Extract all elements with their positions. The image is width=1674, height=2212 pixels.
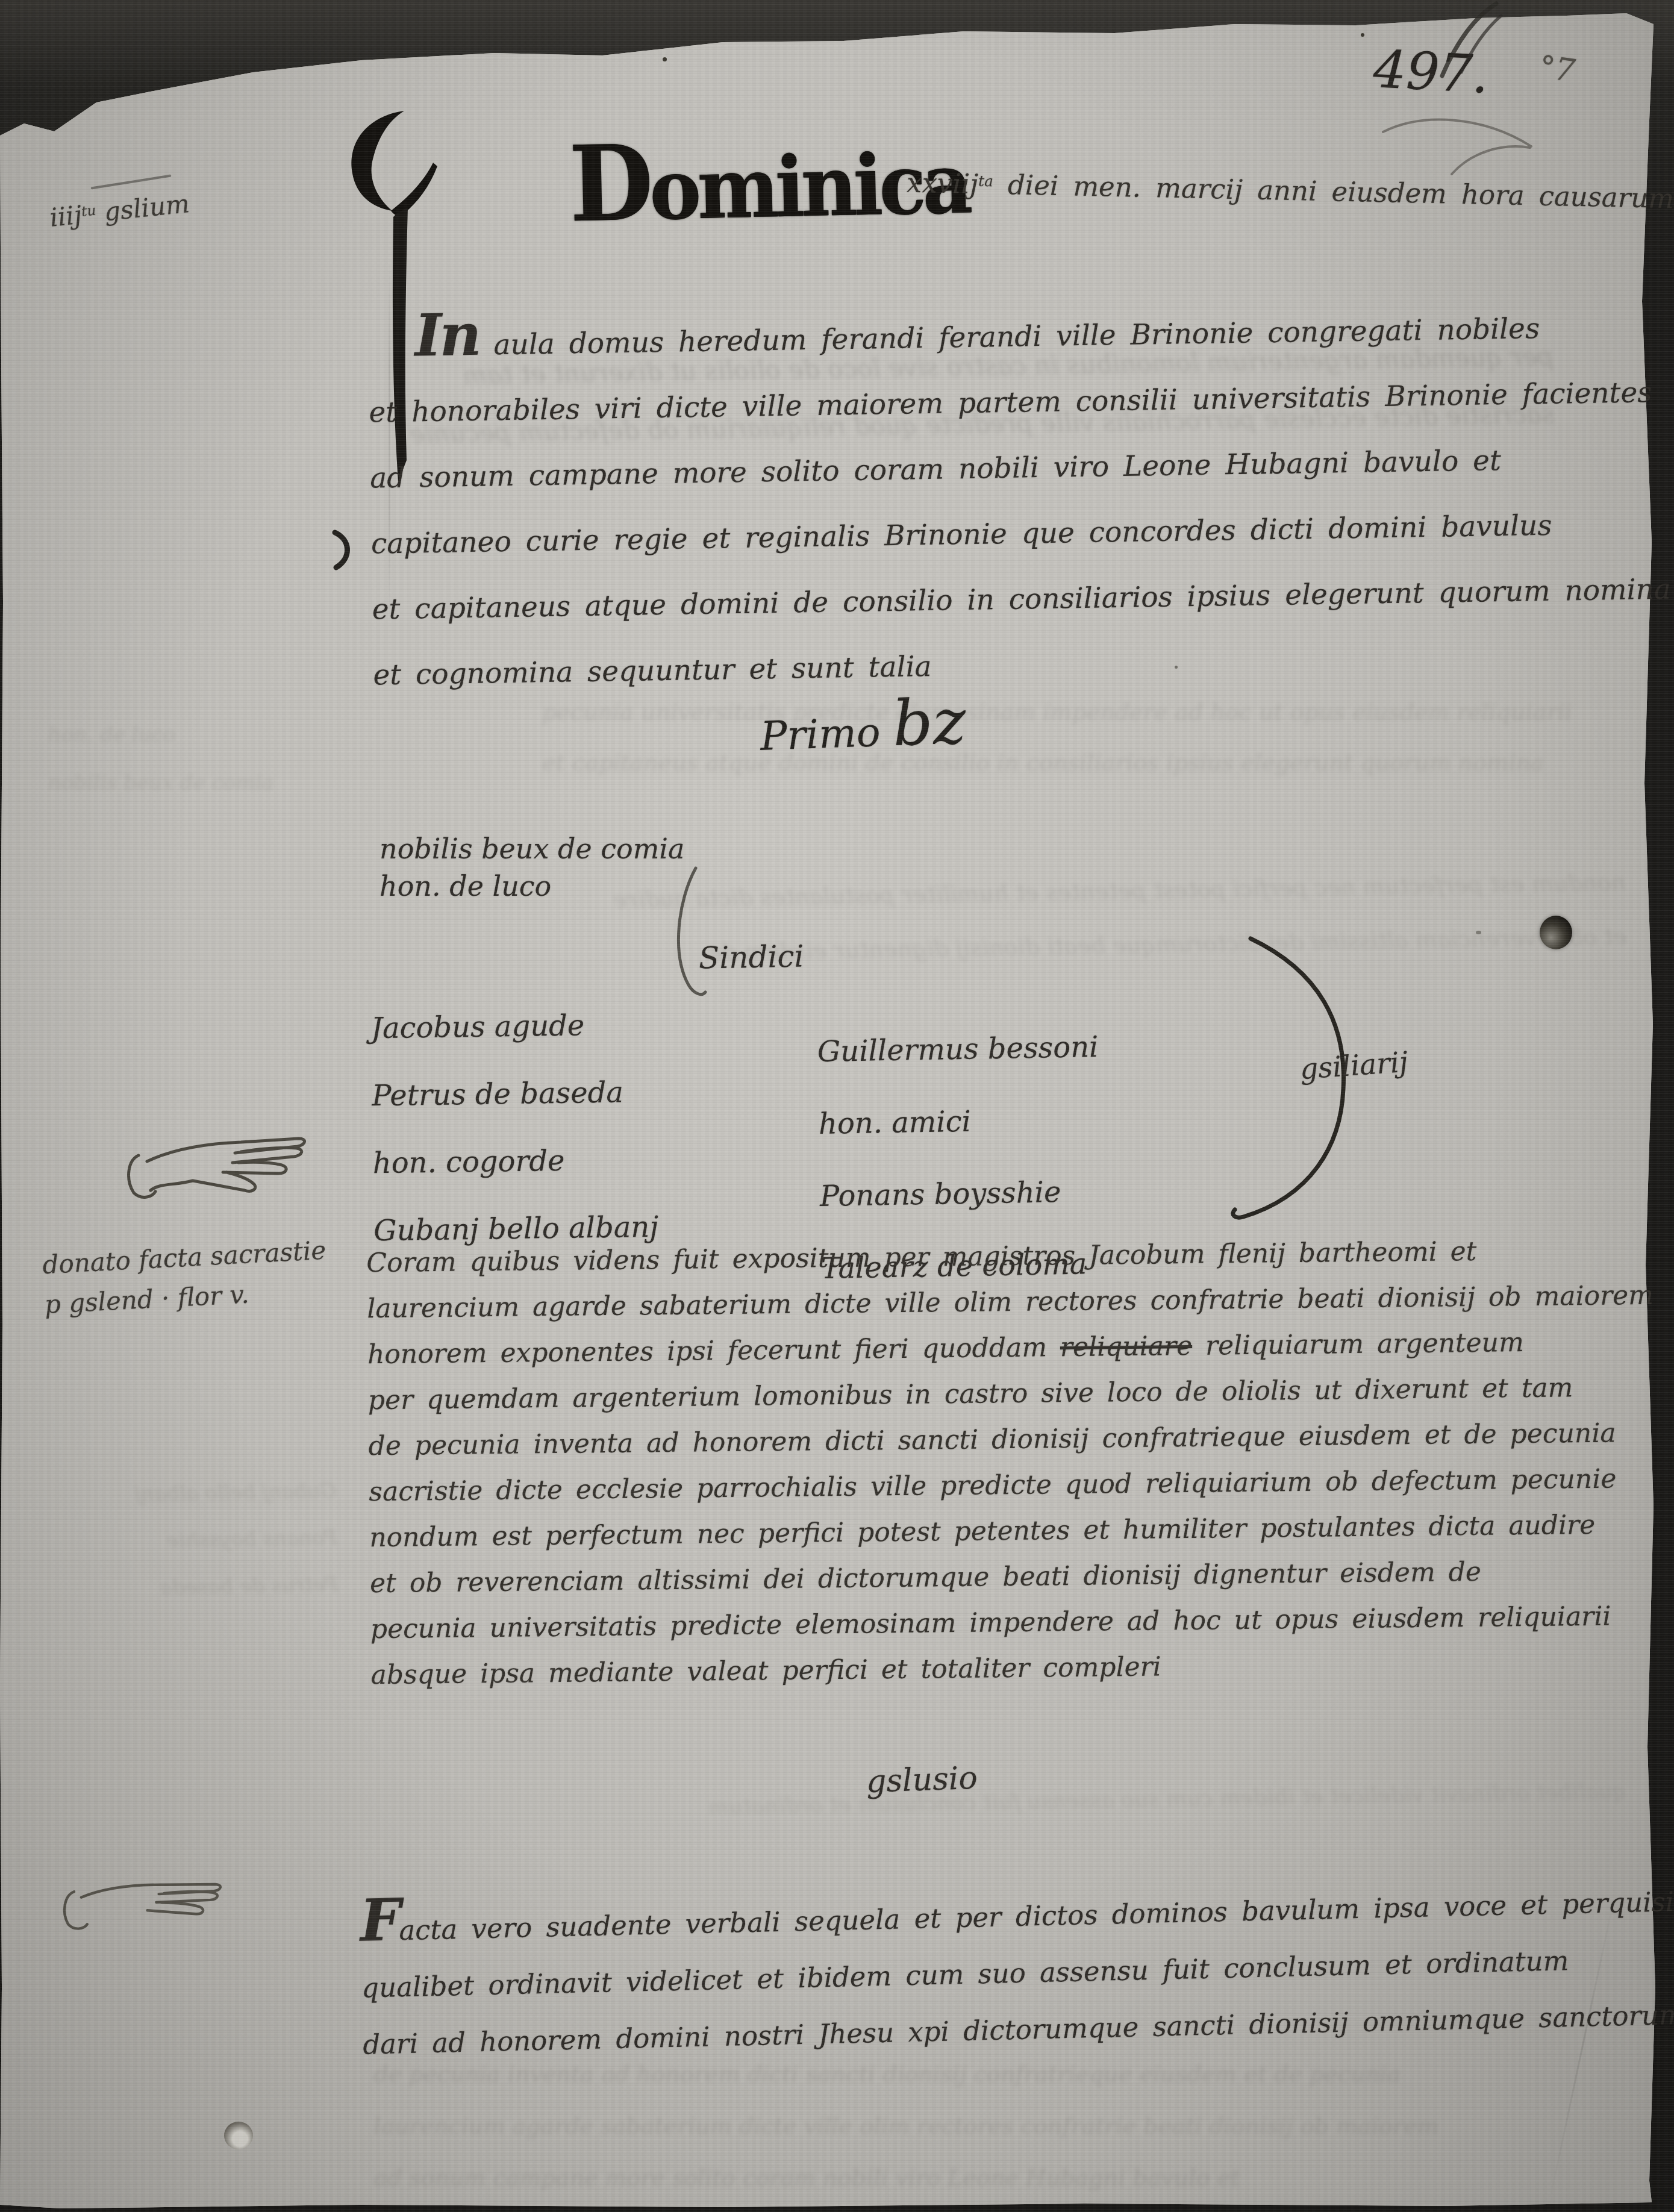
ink-speck bbox=[1175, 666, 1178, 669]
paragraph-3: Facta vero suadente verbali sequela et p… bbox=[360, 1873, 1673, 2073]
sindici-label: Sindici bbox=[699, 939, 804, 975]
folio-corner-mark: °7 bbox=[1537, 49, 1577, 90]
paragraph-line-text: reliquiarum argenteum bbox=[1192, 1327, 1524, 1361]
councillor-name: hon. amici bbox=[818, 1083, 1101, 1160]
wormhole bbox=[1540, 916, 1572, 949]
paragraph-initial: F bbox=[359, 1886, 399, 1954]
pen-flourish-icon bbox=[654, 864, 708, 1006]
primo-text: Primo bbox=[760, 708, 894, 760]
heading-initial-cap: D bbox=[568, 122, 651, 246]
paragraph-initial: In bbox=[414, 301, 479, 370]
councillor-name: hon. cogorde bbox=[372, 1126, 658, 1198]
conclusion-heading: gslusio bbox=[866, 1760, 978, 1800]
councillor-name: Ponans boysshie bbox=[819, 1155, 1102, 1233]
struck-word: reliquiare bbox=[1060, 1331, 1193, 1363]
paragraph-line-text: honorem exponentes ipsi fecerunt fieri q… bbox=[367, 1332, 1060, 1370]
wormhole bbox=[224, 2122, 253, 2149]
paragraph-1: In aula domus heredum ferandi ferandi vi… bbox=[367, 294, 1644, 708]
manicule-icon bbox=[55, 1875, 233, 1950]
pen-flourish-icon bbox=[1434, 0, 1506, 78]
primo-bz: bz bbox=[892, 684, 967, 760]
date-sup: ta bbox=[978, 172, 993, 190]
ink-speck bbox=[663, 57, 667, 61]
elector-name: nobilis beux de comia bbox=[379, 830, 685, 867]
manicule-icon bbox=[120, 1137, 319, 1213]
councillor-column-left: Jacobus agude Petrus de baseda hon. cogo… bbox=[370, 991, 659, 1265]
pen-flourish-icon bbox=[1379, 111, 1536, 178]
margin-note-donation: donato facta sacrastie p gslend · flor v… bbox=[42, 1231, 329, 1325]
paragraph-2: Coram quibus videns fuit expositum per m… bbox=[366, 1227, 1663, 1698]
insertion-mark-icon bbox=[330, 529, 354, 571]
ink-speck bbox=[1476, 931, 1481, 934]
councillor-name: Jacobus agude bbox=[370, 991, 656, 1063]
paragraph-line-text: aula domus heredum ferandi ferandi ville… bbox=[479, 312, 1540, 362]
elector-name: hon. de luco bbox=[379, 867, 685, 905]
manuscript-scan: per quemdam argenterium lomonibus in cas… bbox=[0, 0, 1674, 2212]
date-numeral: xxviij bbox=[907, 167, 979, 200]
primo-label: Primo bz bbox=[760, 706, 967, 760]
electors-list: nobilis beux de comia hon. de luco bbox=[379, 830, 685, 905]
margin-note-sup: tu bbox=[81, 203, 97, 220]
ink-speck bbox=[1361, 33, 1364, 37]
councillor-name: Guillermus bessoni bbox=[817, 1011, 1099, 1088]
councillor-name: Petrus de baseda bbox=[371, 1058, 657, 1130]
margin-note-text: iiij bbox=[48, 200, 83, 233]
